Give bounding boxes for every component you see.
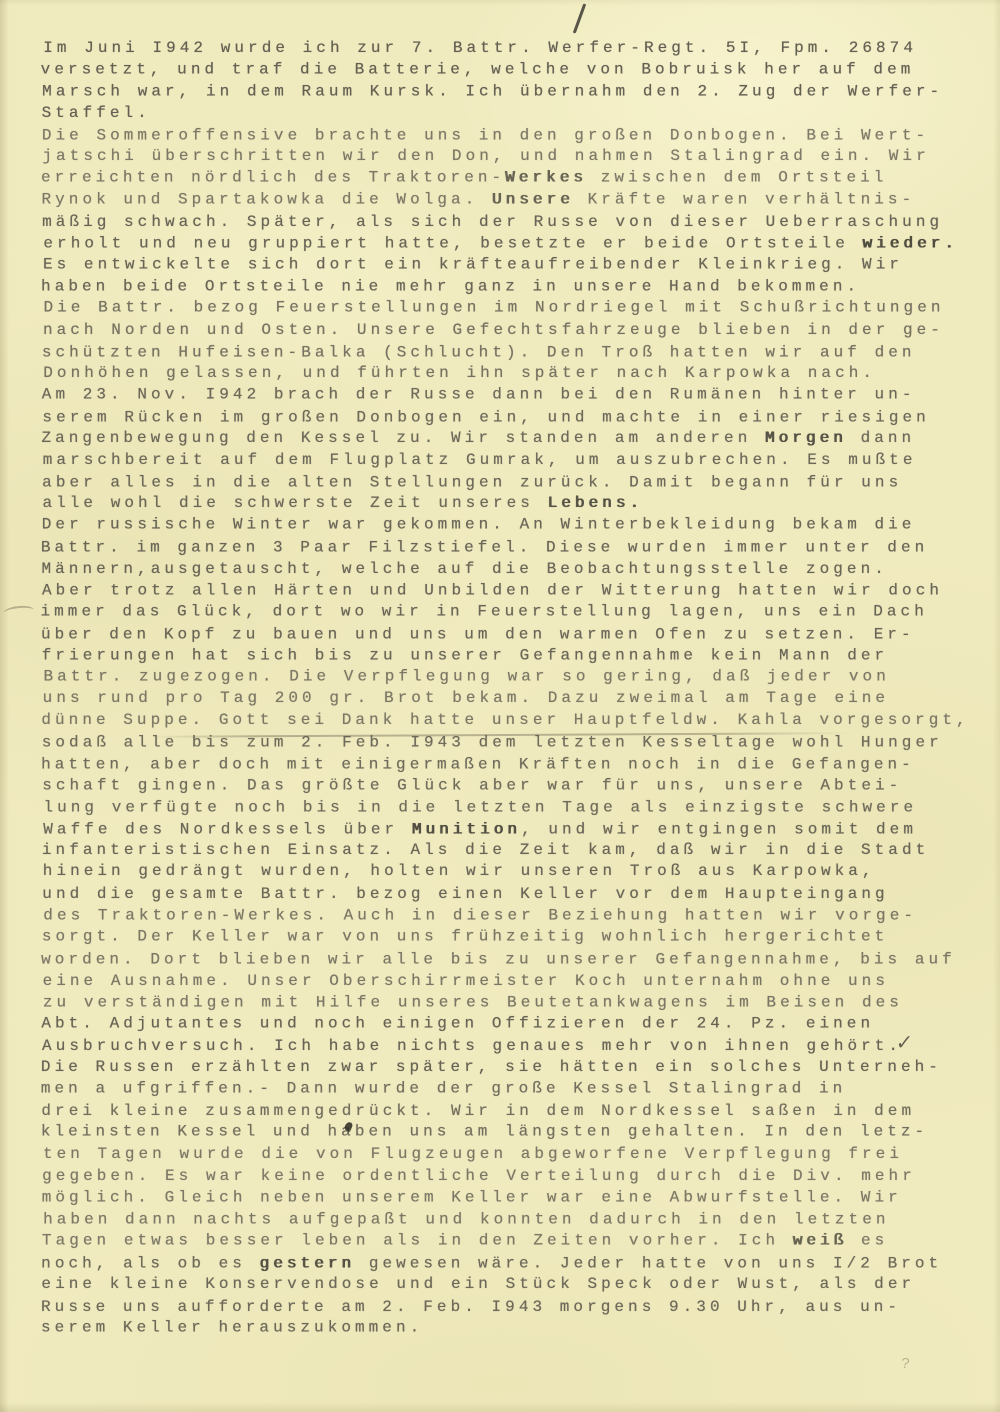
typewritten-line: men a ufgriffen.- Dann wurde der große K…	[41, 1078, 991, 1100]
overtyped-word: gestern	[260, 1254, 356, 1272]
typewritten-line: hinein gedrängt wurden, holten wir unser…	[43, 861, 993, 883]
typewritten-line: dünne Suppe. Gott sei Dank hatte unser H…	[41, 710, 991, 732]
overtyped-word: wieder.	[863, 235, 959, 253]
typewritten-line: kleinsten Kessel und haben uns am längst…	[41, 1122, 991, 1144]
typewritten-line: uns rund pro Tag 200 gr. Brot bekam. Daz…	[43, 688, 993, 710]
typewritten-line: haben dann nachts aufgepaßt und konnten …	[43, 1210, 993, 1232]
typewritten-line: Der russische Winter war gekommen. An Wi…	[42, 514, 992, 536]
typewritten-line: noch, als ob es gestern gewesen wäre. Je…	[41, 1253, 991, 1275]
overtyped-word: Morgen	[765, 430, 847, 448]
typewritten-line: Am 23. Nov. I942 brach der Russe dann be…	[42, 385, 992, 407]
typewritten-line: sorgt. Der Keller war von uns frühzeitig…	[42, 927, 992, 949]
typewritten-line: eine Ausnahme. Unser Oberschirrmeister K…	[43, 971, 993, 993]
typewritten-line: hatten, aber doch mit einigermaßen Kräft…	[41, 754, 991, 776]
typewritten-line: Männern,ausgetauscht, welche auf die Beo…	[41, 559, 991, 581]
typewritten-line: Zangenbewegung den Kessel zu. Wir stande…	[41, 429, 991, 451]
typewritten-line: Staffel.	[42, 103, 992, 125]
typewritten-line: und die gesamte Battr. bezog einen Kelle…	[42, 884, 992, 906]
typewritten-line: Abt. Adjutantes und noch einigen Offizie…	[41, 1013, 991, 1035]
typewritten-line: des Traktoren-Werkes. Auch in dieser Bez…	[43, 905, 993, 927]
pencil-squiggle-margin-mark	[3, 604, 34, 619]
faint-bottom-mark: ?	[900, 1356, 911, 1374]
typewritten-line: lung verfügte noch bis in die letzten Ta…	[43, 797, 993, 819]
typewritten-line: marschbereit auf dem Flugplatz Gumrak, u…	[43, 450, 993, 472]
overtyped-word: weiß	[793, 1231, 848, 1249]
typewritten-line: drei kleine zusammengedrückt. Wir in dem…	[41, 1101, 991, 1123]
typewritten-line: Waffe des Nordkessels über Munition, und…	[43, 819, 993, 841]
typewritten-line: immer das Glück, dort wo wir in Feuerste…	[41, 601, 991, 623]
typewritten-line: Russe uns aufforderte am 2. Feb. I943 mo…	[41, 1297, 991, 1319]
typewritten-line: über den Kopf zu bauen und uns um den wa…	[41, 624, 991, 646]
typewritten-line: Donhöhen gelassen, und führten ihn späte…	[43, 363, 993, 385]
typewritten-line: möglich. Gleich neben unserem Keller war…	[42, 1188, 992, 1210]
typewritten-line: Rynok und Spartakowka die Wolga. Unsere …	[41, 189, 991, 211]
typewritten-line: aber alles in die alten Stellungen zurüc…	[42, 472, 992, 494]
typewritten-line: Im Juni I942 wurde ich zur 7. Battr. Wer…	[43, 38, 993, 60]
typewritten-line: Aber trotz allen Härten und Unbilden der…	[42, 581, 992, 603]
typewritten-line: erholt und neu gruppiert hatte, besetzte…	[43, 234, 993, 256]
typewritten-line: worden. Dort blieben wir alle bis zu uns…	[41, 949, 991, 971]
typewritten-line: zu verständigen mit Hilfe unseres Beutet…	[43, 993, 993, 1015]
typewritten-line: serem Rücken im großen Donbogen ein, und…	[42, 407, 992, 429]
typewritten-text-block: Im Juni I942 wurde ich zur 7. Battr. Wer…	[42, 38, 992, 1339]
typewritten-line: mäßig schwach. Später, als sich der Russ…	[42, 211, 992, 233]
typewritten-line: schaft gingen. Das größte Glück aber war…	[42, 776, 992, 798]
typewritten-line: Die Battr. bezog Feuerstellungen im Nord…	[43, 298, 993, 320]
typewritten-line: ten Tagen wurde die von Flugzeugen abgew…	[43, 1144, 993, 1166]
typewritten-line: Ausbruchversuch. Ich habe nichts genaues…	[42, 1036, 992, 1058]
typewritten-line: serem Keller herauszukommen.	[41, 1317, 991, 1339]
typewritten-line: jatschi überschritten wir den Don, und n…	[42, 146, 992, 168]
scanned-typewritten-page: Im Juni I942 wurde ich zur 7. Battr. Wer…	[0, 0, 1000, 1412]
typewritten-line: Die Russen erzählten zwar später, sie hä…	[41, 1057, 991, 1079]
typewritten-line: Es entwickelte sich dort ein kräfteaufre…	[43, 254, 993, 276]
typewritten-line: Marsch war, in dem Raum Kursk. Ich übern…	[42, 82, 992, 104]
typewritten-line: Tagen etwas besser leben als in den Zeit…	[42, 1230, 992, 1252]
handwritten-pen-stroke	[573, 3, 587, 33]
overtyped-word: Munition	[412, 820, 521, 838]
typewritten-line: nach Norden und Osten. Unsere Gefechtsfa…	[43, 320, 993, 342]
typewritten-line: versetzt, und traf die Batterie, welche …	[41, 59, 991, 81]
typewritten-line: infanteristischen Einsatz. Als die Zeit …	[42, 841, 992, 863]
typewritten-line: eine kleine Konservendose und ein Stück …	[41, 1274, 991, 1296]
overtyped-word: Werkes	[505, 169, 587, 187]
typewritten-line: alle wohl die schwerste Zeit unseres Leb…	[42, 493, 992, 515]
typewritten-line: Battr. zugezogen. Die Verpflegung war so…	[43, 666, 993, 688]
typewritten-line: schützten Hufeisen-Balka (Schlucht). Den…	[42, 342, 992, 364]
margin-checkmark: ✓	[895, 1029, 914, 1054]
typewritten-line: haben beide Ortsteile nie mehr ganz in u…	[41, 276, 991, 298]
typewritten-line: Die Sommeroffensive brachte uns in den g…	[42, 125, 992, 147]
typewritten-line: erreichten nördlich des Traktoren-Werkes…	[41, 168, 991, 190]
typewritten-line: frierungen hat sich bis zu unserer Gefan…	[42, 646, 992, 668]
overtyped-word: Unsere	[492, 190, 574, 208]
typewritten-line: gegeben. Es war keine ordentliche Vertei…	[42, 1166, 992, 1188]
overtyped-word: Lebens.	[548, 494, 644, 512]
typewritten-line: Battr. im ganzen 3 Paar Filzstiefel. Die…	[41, 538, 991, 560]
